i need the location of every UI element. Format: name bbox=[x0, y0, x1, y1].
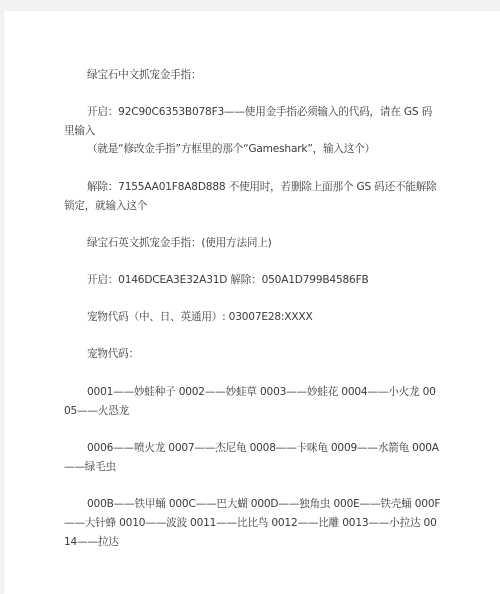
heading-chinese-cheats: 绿宝石中文抓宠金手指： bbox=[64, 66, 442, 85]
pet-code-common: 宠物代码（中、日、英通用）: 03007E28:XXXX bbox=[64, 308, 442, 327]
disable-code-chinese: 解除：7155AA01F8A8D888 不使用时，若删除上面那个 GS 码还不能… bbox=[64, 178, 442, 216]
pet-code-label: 宠物代码： bbox=[64, 345, 442, 364]
pet-list-paragraph: 000B——铁甲蛹 000C——巴大蝴 000D——独角虫 000E——铁壳蛹 … bbox=[64, 495, 442, 552]
gameshark-note: （就是“修改金手指”方框里的那个“Gameshark”，输入这个） bbox=[64, 140, 442, 159]
pet-list-paragraph: 0001——妙蛙种子 0002——妙蛙草 0003——妙蛙花 0004——小火龙… bbox=[64, 383, 442, 421]
codes-english: 开启：0146DCEA3E32A31D 解除：050A1D799B4586FB bbox=[64, 271, 442, 290]
heading-english-cheats: 绿宝石英文抓宠金手指：(使用方法同上) bbox=[64, 234, 442, 253]
document-page: 绿宝石中文抓宠金手指： 开启：92C90C6353B078F3——使用金手指必须… bbox=[4, 11, 500, 594]
enable-code-chinese: 开启：92C90C6353B078F3——使用金手指必须输入的代码，请在 GS … bbox=[64, 103, 442, 141]
pet-list-paragraph: 0006——喷火龙 0007——杰尼龟 0008——卡咪龟 0009——水箭龟 … bbox=[64, 439, 442, 477]
